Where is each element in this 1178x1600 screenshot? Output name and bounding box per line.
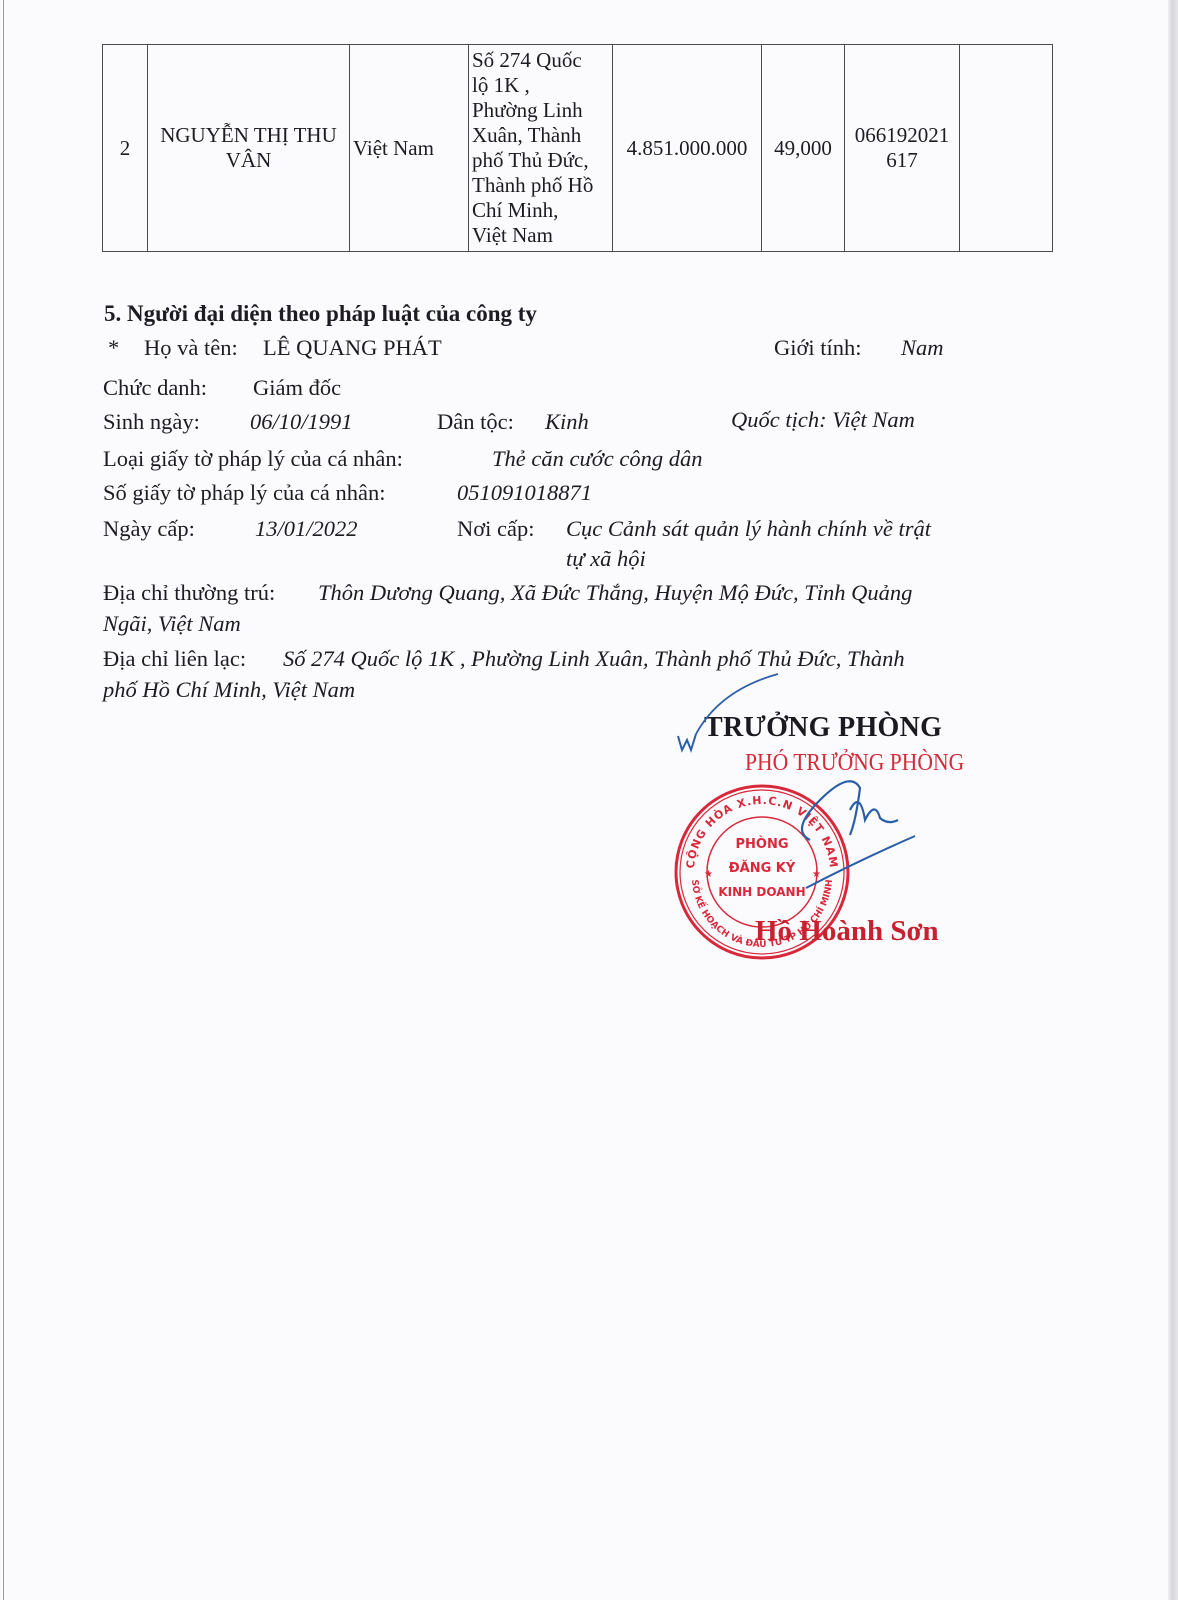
doc-type-value: Thẻ căn cước công dân	[492, 445, 702, 473]
percent-cell: 49,000	[762, 45, 845, 252]
address-line: phố Thủ Đức,	[472, 148, 609, 173]
contact-address-label: Địa chỉ liên lạc:	[103, 645, 246, 673]
dob-value: 06/10/1991	[250, 408, 353, 436]
address-line: Phường Linh	[472, 98, 609, 123]
position-label: Chức danh:	[103, 374, 207, 402]
shareholder-table: 2 NGUYỄN THỊ THU VÂN Việt Nam Số 274 Quố…	[102, 44, 1053, 252]
doc-type-label: Loại giấy tờ pháp lý của cá nhân:	[103, 445, 403, 473]
address-line: Chí Minh,	[472, 198, 609, 223]
doc-number-label: Số giấy tờ pháp lý của cá nhân:	[103, 479, 385, 507]
table-row: 2 NGUYỄN THỊ THU VÂN Việt Nam Số 274 Quố…	[103, 45, 1053, 252]
name-label: Họ và tên:	[144, 334, 238, 362]
permanent-address-value-cont: Ngãi, Việt Nam	[103, 610, 241, 638]
address-line: Việt Nam	[472, 223, 609, 248]
issue-date-label: Ngày cấp:	[103, 515, 195, 543]
name-line: NGUYỄN THỊ THU	[151, 123, 346, 148]
dob-label: Sinh ngày:	[103, 408, 200, 436]
handwritten-signature-icon	[660, 660, 940, 900]
row-index: 2	[103, 45, 148, 252]
id-line: 066192021	[848, 123, 956, 148]
address-line: Số 274 Quốc	[472, 48, 609, 73]
position-value: Giám đốc	[253, 374, 341, 402]
permanent-address-value: Thôn Dương Quang, Xã Đức Thắng, Huyện Mộ…	[318, 579, 912, 607]
bullet: *	[108, 334, 119, 362]
address-cell: Số 274 Quốc lộ 1K , Phường Linh Xuân, Th…	[469, 45, 613, 252]
contact-address-value-cont: phố Hồ Chí Minh, Việt Nam	[103, 676, 355, 704]
address-line: Xuân, Thành	[472, 123, 609, 148]
issue-date-value: 13/01/2022	[255, 515, 358, 543]
page-edge	[3, 0, 4, 1600]
permanent-address-label: Địa chỉ thường trú:	[103, 579, 275, 607]
issue-place-value-cont: tự xã hội	[566, 545, 646, 573]
nationality-value: Quốc tịch: Việt Nam	[731, 406, 915, 434]
name-value: LÊ QUANG PHÁT	[263, 334, 442, 362]
gender-label: Giới tính:	[774, 334, 862, 362]
ethnicity-value: Kinh	[545, 408, 589, 436]
id-number-cell: 066192021 617	[845, 45, 960, 252]
name-line: VÂN	[151, 148, 346, 173]
nationality-cell: Việt Nam	[350, 45, 469, 252]
signer-name: Hồ Hoành Sơn	[755, 915, 939, 948]
issue-place-value: Cục Cảnh sát quản lý hành chính về trật	[566, 515, 931, 543]
page-edge-shadow	[1168, 0, 1178, 1600]
shareholder-name: NGUYỄN THỊ THU VÂN	[148, 45, 350, 252]
section-title: 5. Người đại diện theo pháp luật của côn…	[104, 300, 537, 328]
id-line: 617	[848, 148, 956, 173]
issue-place-label: Nơi cấp:	[457, 515, 535, 543]
capital-cell: 4.851.000.000	[613, 45, 762, 252]
address-line: Thành phố Hồ	[472, 173, 609, 198]
doc-number-value: 051091018871	[457, 479, 592, 507]
note-cell	[960, 45, 1053, 252]
ethnicity-label: Dân tộc:	[437, 408, 514, 436]
gender-value: Nam	[901, 334, 944, 362]
address-line: lộ 1K ,	[472, 73, 609, 98]
